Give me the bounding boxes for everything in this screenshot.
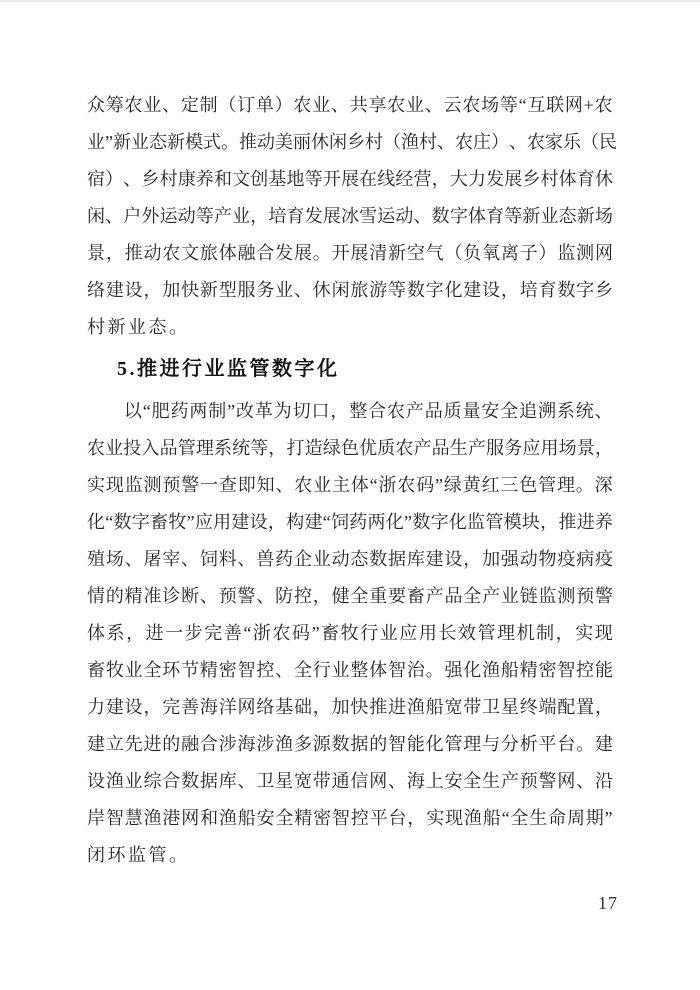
section-heading: 5.推进行业监管数字化	[87, 351, 613, 388]
text-line: 化“数字畜牧”应用建设，构建“饲药两化”数字化监管模块，推进养	[87, 504, 613, 541]
text-line: 力建设，完善海洋网络基础，加快推进渔船宽带卫星终端配置，	[87, 689, 613, 726]
paragraph: 以“肥药两制”改革为切口，整合农产品质量安全追溯系统、 农业投入品管理系统等，打…	[87, 393, 613, 874]
text-line: 景，推动农文旅体融合发展。开展清新空气（负氧离子）监测网	[87, 235, 613, 272]
text-line: 闭环监管。	[87, 837, 613, 874]
text-line: 情的精准诊断、预警、防控，健全重要畜产品全产业链监测预警	[87, 578, 613, 615]
text-line: 络建设，加快新型服务业、休闲旅游等数字化建设，培育数字乡	[87, 272, 613, 309]
text-line: 以“肥药两制”改革为切口，整合农产品质量安全追溯系统、	[87, 393, 613, 430]
text-block: 众筹农业、定制（订单）农业、共享农业、云农场等“互联网+农 业”新业态新模式。推…	[87, 87, 613, 874]
text-line: 岸智慧渔港网和渔船安全精密智控平台，实现渔船“全生命周期”	[87, 800, 613, 837]
text-line: 闲、户外运动等产业，培育发展冰雪运动、数字体育等新业态新场	[87, 198, 613, 235]
text-line: 体系，进一步完善“浙农码”畜牧行业应用长效管理机制，实现	[87, 615, 613, 652]
text-line: 众筹农业、定制（订单）农业、共享农业、云农场等“互联网+农	[87, 87, 613, 124]
text-line: 设渔业综合数据库、卫星宽带通信网、海上安全生产预警网、沿	[87, 763, 613, 800]
text-line: 农业投入品管理系统等，打造绿色优质农产品生产服务应用场景，	[87, 430, 613, 467]
text-line: 村新业态。	[87, 309, 613, 346]
document-page: 众筹农业、定制（订单）农业、共享农业、云农场等“互联网+农 业”新业态新模式。推…	[0, 0, 700, 990]
text-line: 业”新业态新模式。推动美丽休闲乡村（渔村、农庄）、农家乐（民	[87, 124, 613, 161]
text-line: 宿）、乡村康养和文创基地等开展在线经营，大力发展乡村体育休	[87, 161, 613, 198]
text-line: 实现监测预警一查即知、农业主体“浙农码”绿黄红三色管理。深	[87, 467, 613, 504]
page-number: 17	[598, 893, 618, 914]
paragraph: 众筹农业、定制（订单）农业、共享农业、云农场等“互联网+农 业”新业态新模式。推…	[87, 87, 613, 346]
text-line: 建立先进的融合涉海涉渔多源数据的智能化管理与分析平台。建	[87, 726, 613, 763]
text-line: 殖场、屠宰、饲料、兽药企业动态数据库建设，加强动物疫病疫	[87, 541, 613, 578]
text-line: 畜牧业全环节精密智控、全行业整体智治。强化渔船精密智控能	[87, 652, 613, 689]
